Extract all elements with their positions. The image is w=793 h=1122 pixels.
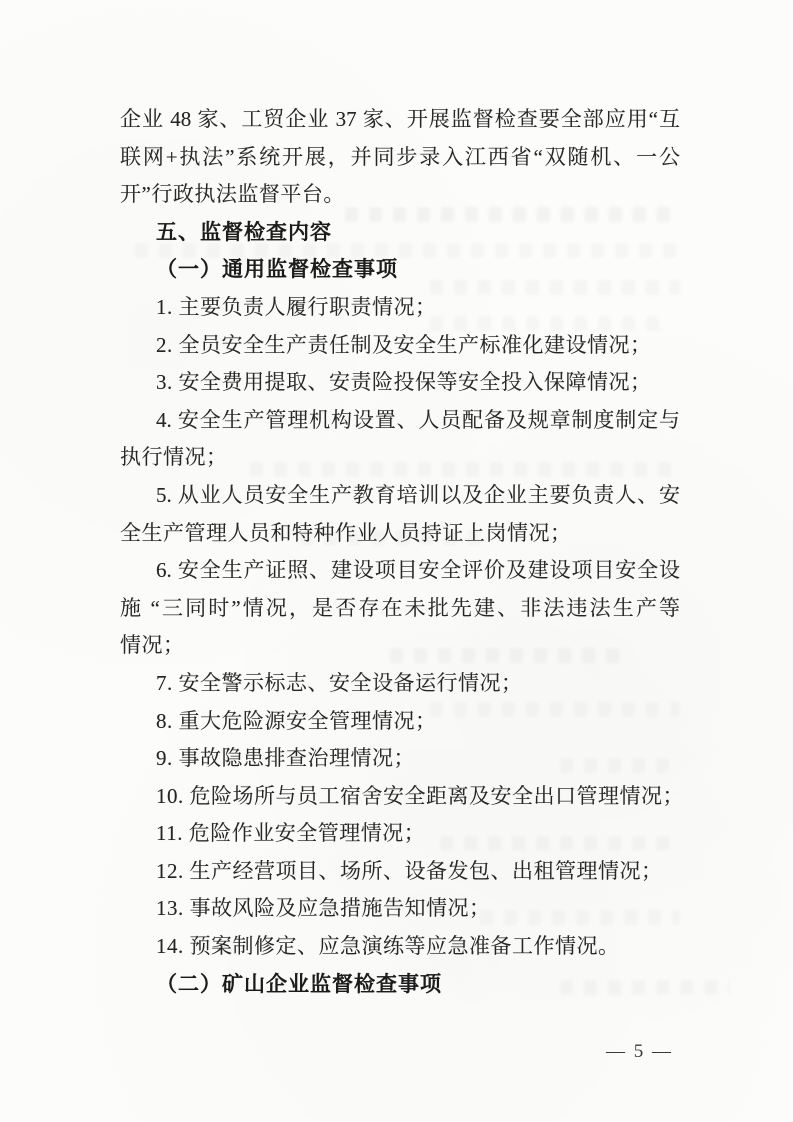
text-line: 2. 全员安全生产责任制及安全生产标准化建设情况； bbox=[120, 327, 680, 365]
text-line: 11. 危险作业安全管理情况； bbox=[120, 815, 680, 853]
text-line: 开”行政执法监督平台。 bbox=[120, 176, 680, 214]
text-line: 施 “三同时”情况，是否存在未批先建、非法违法生产等 bbox=[120, 590, 680, 628]
text-line: 企业 48 家、工贸企业 37 家、开展监督检查要全部应用“互 bbox=[120, 101, 680, 139]
text-line: 3. 安全费用提取、安责险投保等安全投入保障情况； bbox=[120, 364, 680, 402]
page-number: — 5 — bbox=[606, 1041, 673, 1063]
document-body: 企业 48 家、工贸企业 37 家、开展监督检查要全部应用“互联网+执法”系统开… bbox=[120, 101, 680, 1003]
text-line: 13. 事故风险及应急措施告知情况； bbox=[120, 890, 680, 928]
scanned-document-page: 企业 48 家、工贸企业 37 家、开展监督检查要全部应用“互联网+执法”系统开… bbox=[0, 0, 793, 1122]
text-line: 10. 危险场所与员工宿舍安全距离及安全出口管理情况； bbox=[120, 778, 680, 816]
section-heading: （一）通用监督检查事项 bbox=[120, 251, 680, 289]
section-heading: （二）矿山企业监督检查事项 bbox=[120, 966, 680, 1004]
section-heading: 五、监督检查内容 bbox=[120, 214, 680, 252]
text-line: 9. 事故隐患排查治理情况； bbox=[120, 740, 680, 778]
text-line: 执行情况； bbox=[120, 439, 680, 477]
text-line: 6. 安全生产证照、建设项目安全评价及建设项目安全设 bbox=[120, 552, 680, 590]
text-line: 5. 从业人员安全生产教育培训以及企业主要负责人、安 bbox=[120, 477, 680, 515]
text-line: 4. 安全生产管理机构设置、人员配备及规章制度制定与 bbox=[120, 402, 680, 440]
text-line: 12. 生产经营项目、场所、设备发包、出租管理情况； bbox=[120, 853, 680, 891]
text-line: 1. 主要负责人履行职责情况； bbox=[120, 289, 680, 327]
text-line: 7. 安全警示标志、安全设备运行情况； bbox=[120, 665, 680, 703]
text-line: 14. 预案制修定、应急演练等应急准备工作情况。 bbox=[120, 928, 680, 966]
text-line: 8. 重大危险源安全管理情况； bbox=[120, 703, 680, 741]
text-line: 全生产管理人员和特种作业人员持证上岗情况； bbox=[120, 515, 680, 553]
text-line: 联网+执法”系统开展，并同步录入江西省“双随机、一公 bbox=[120, 139, 680, 177]
text-line: 情况； bbox=[120, 627, 680, 665]
